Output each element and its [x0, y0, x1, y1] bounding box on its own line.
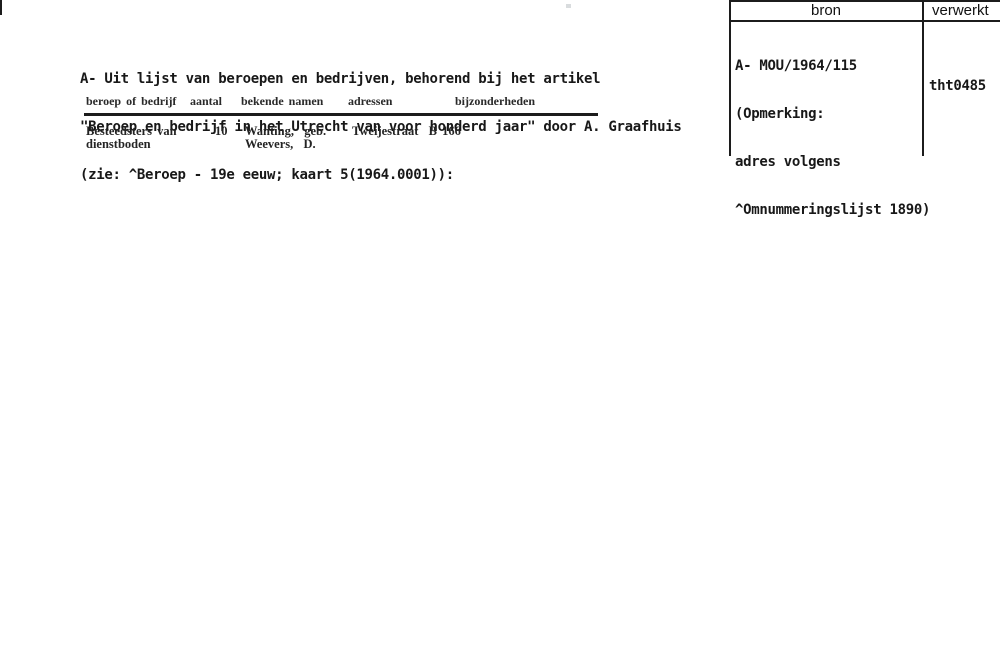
- row-adres: Tweijestraat B 166: [352, 125, 461, 138]
- source-table-header-bron: bron: [730, 2, 922, 20]
- source-table-left-border: [729, 0, 731, 156]
- row-aantal: 10: [215, 125, 228, 138]
- row-beroep-line2: dienstboden: [86, 138, 151, 151]
- verwerkt-cell: tht0485: [929, 78, 986, 94]
- bron-line-1: A- MOU/1964/115: [735, 58, 930, 74]
- archive-card-page: A- Uit lijst van beroepen en bedrijven, …: [0, 0, 1000, 648]
- typed-note-line-3: (zie: ^Beroep - 19e eeuw; kaart 5(1964.0…: [80, 167, 682, 183]
- table-header-rule: [84, 113, 598, 116]
- source-table-header-divider: [729, 20, 1000, 22]
- bron-line-3: adres volgens: [735, 154, 930, 170]
- bron-line-2: (Opmerking:: [735, 106, 930, 122]
- bron-cell: A- MOU/1964/115 (Opmerking: adres volgen…: [735, 26, 930, 250]
- source-table-header-verwerkt: verwerkt: [932, 2, 989, 20]
- row-namen-line2: Weevers, D.: [245, 138, 316, 151]
- bron-line-4: ^Omnummeringslijst 1890): [735, 202, 930, 218]
- col-header-bekende-namen: bekende namen: [241, 95, 323, 108]
- col-header-aantal: aantal: [190, 95, 222, 108]
- scan-speck: [566, 4, 571, 8]
- col-header-bijzonderheden: bijzonderheden: [455, 95, 535, 108]
- typed-note-line-1: A- Uit lijst van beroepen en bedrijven, …: [80, 71, 682, 87]
- scan-edge-mark: [0, 0, 2, 15]
- col-header-beroep: beroep of bedrijf: [86, 95, 176, 108]
- col-header-adressen: adressen: [348, 95, 392, 108]
